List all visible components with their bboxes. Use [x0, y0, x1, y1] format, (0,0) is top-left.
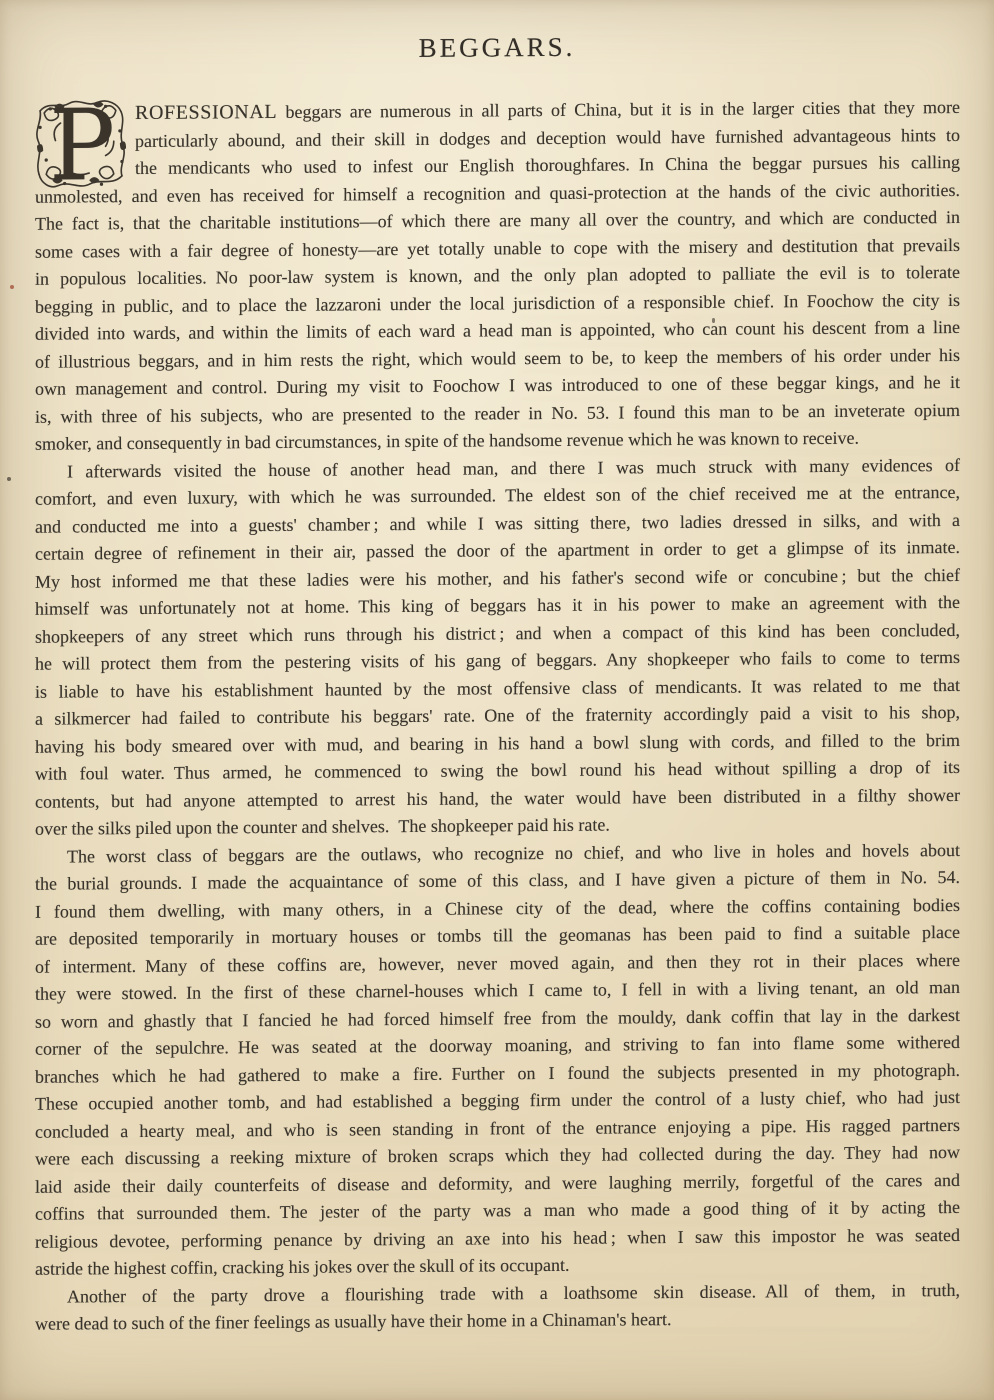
paper-speck	[10, 285, 14, 289]
paragraph-1: P ROFESSIONAL beggars are numerous in al…	[35, 94, 960, 458]
drop-cap-ornament-icon: P	[33, 98, 127, 187]
lead-word: ROFESSIONAL	[135, 101, 277, 124]
body-text: P ROFESSIONAL beggars are numerous in al…	[35, 94, 960, 1338]
paper-speck	[7, 477, 11, 481]
paragraph-4: Another of the party drove a flourishing…	[35, 1276, 960, 1338]
drop-cap: P	[33, 100, 127, 181]
text-line: were dead to such of the finer feelings …	[35, 1304, 960, 1338]
paragraph-3: The worst class of beggars are the outla…	[35, 836, 960, 1283]
drop-cap-letter: P	[49, 89, 115, 203]
text-line-rest: beggars are numerous in all parts of Chi…	[285, 97, 960, 122]
paper-speck	[712, 318, 715, 323]
paragraph-2: I afterwards visited the house of anothe…	[35, 451, 960, 843]
book-page: BEGGARS.	[0, 0, 994, 1400]
page-title: BEGGARS.	[0, 29, 994, 67]
